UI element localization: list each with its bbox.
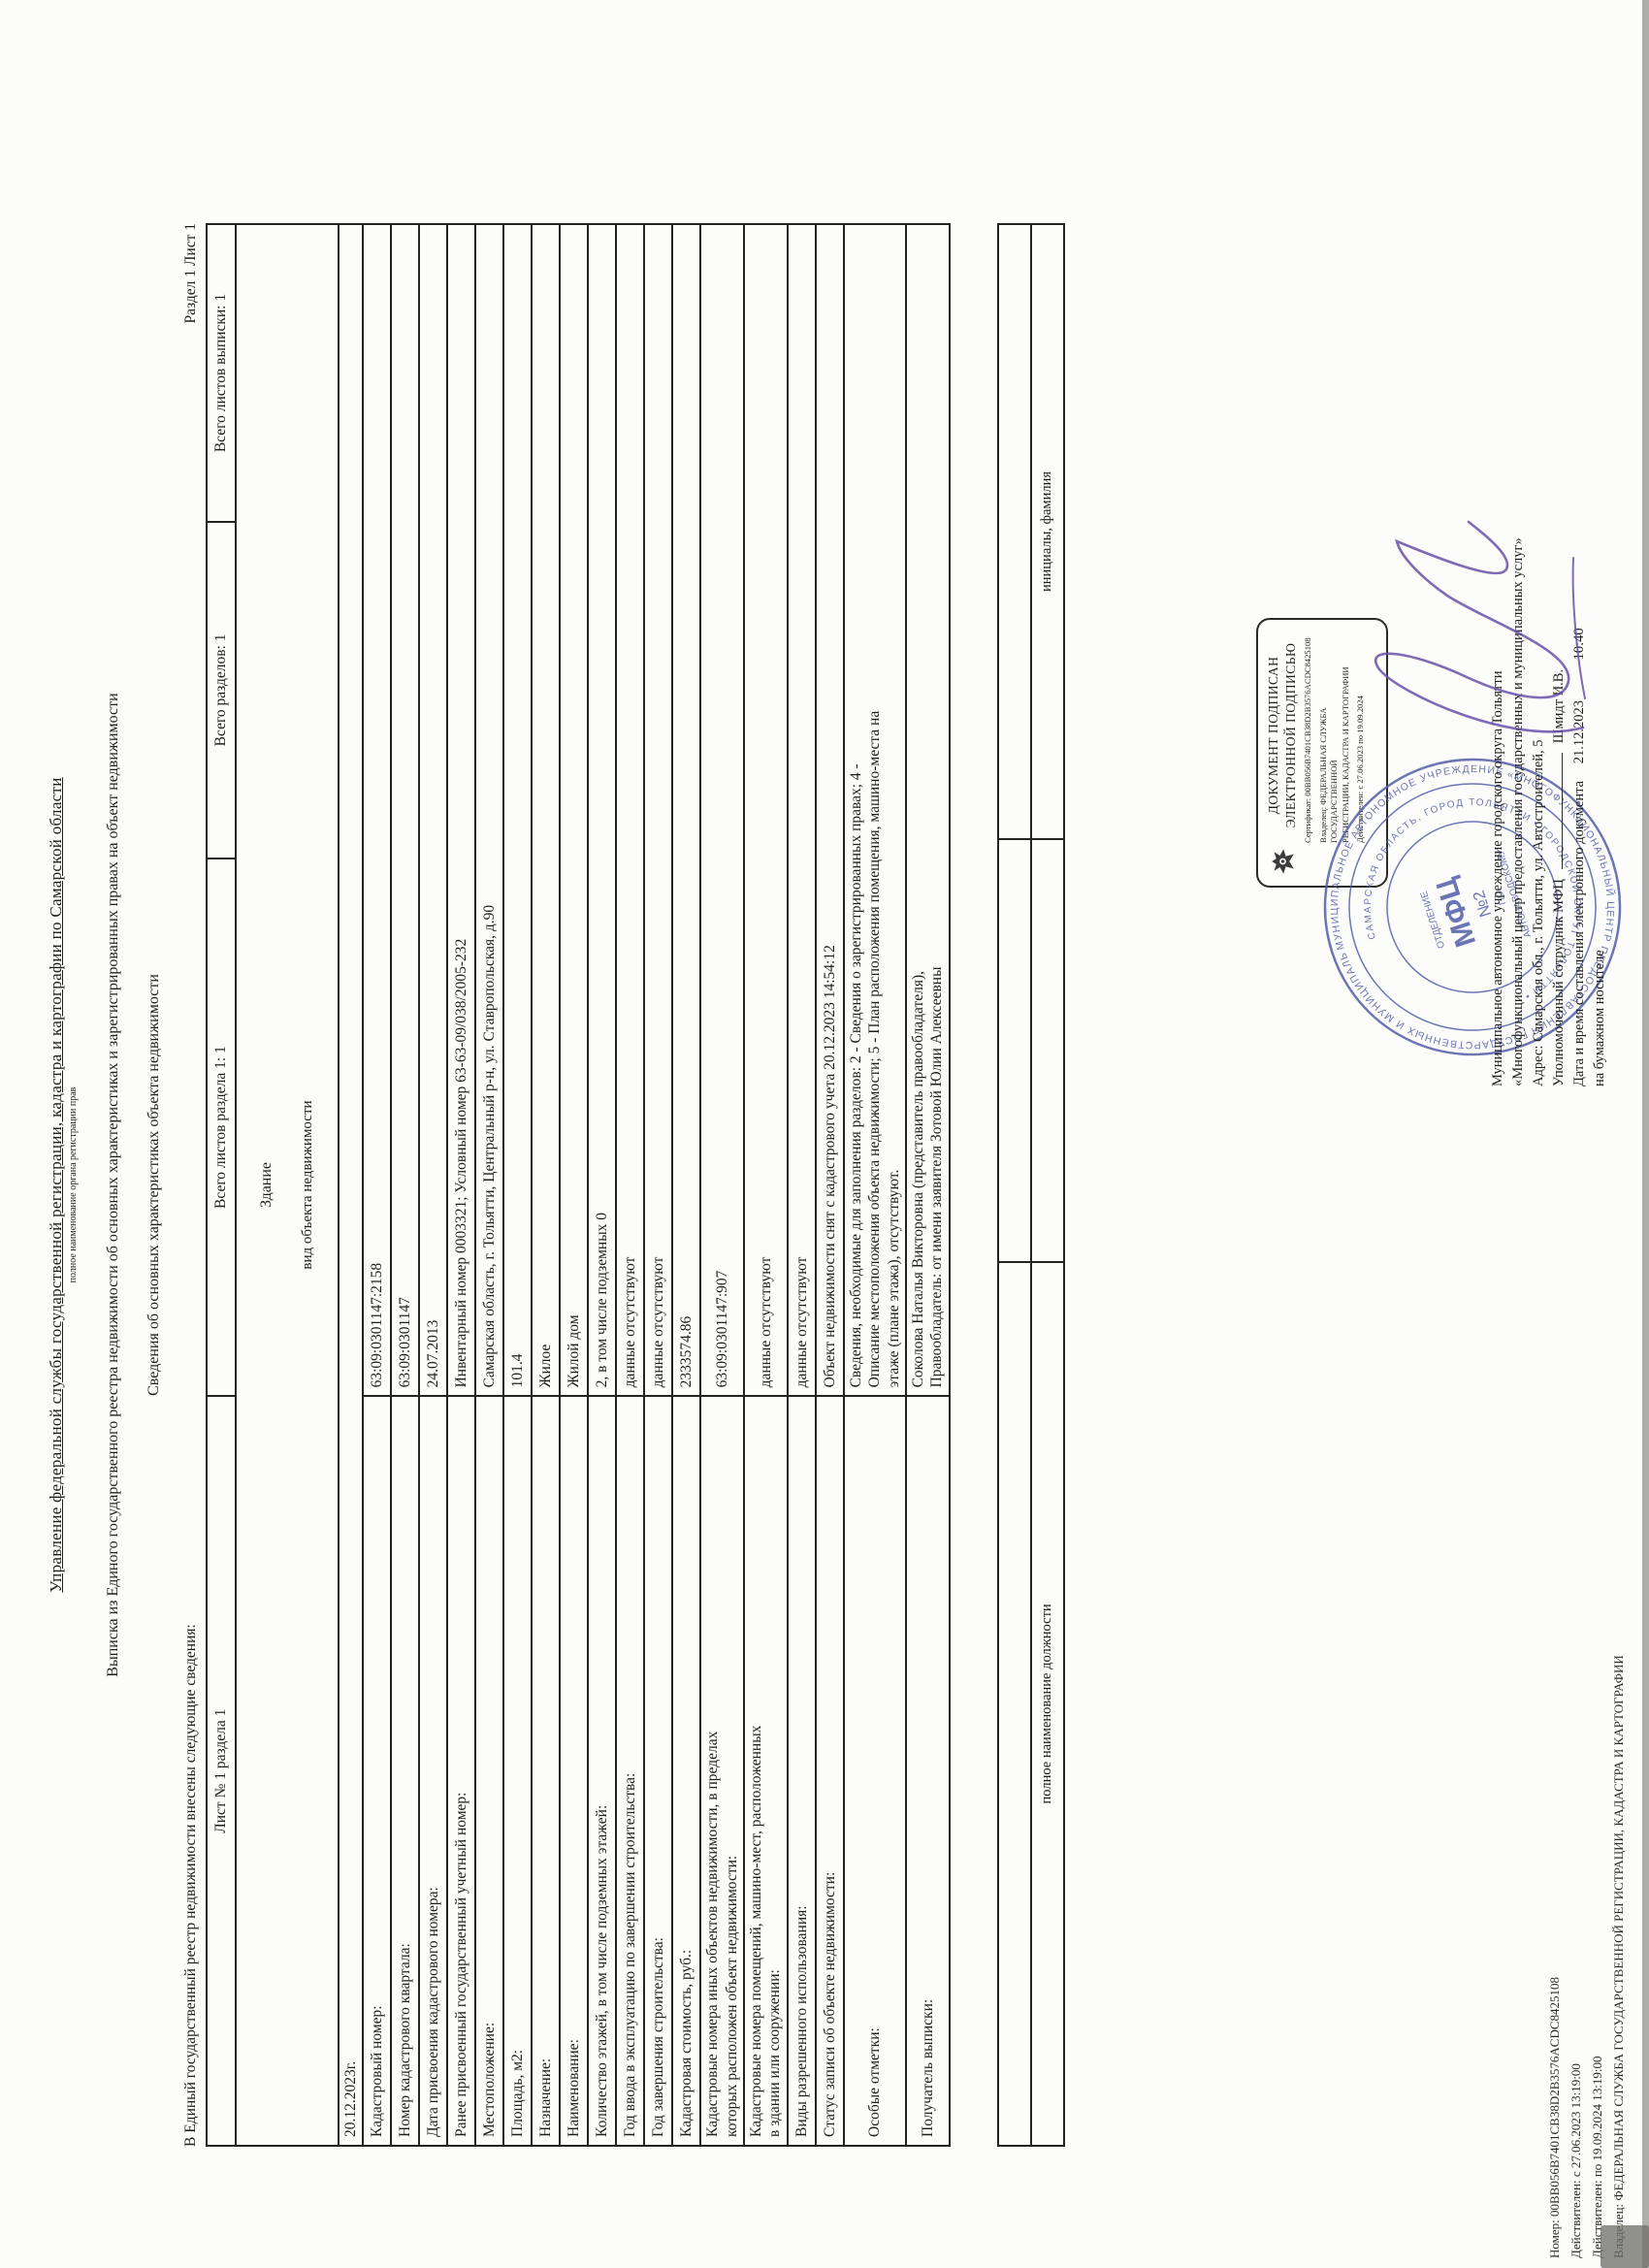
table-row: Ранее присвоенный государственный учетны… — [447, 224, 475, 2146]
certificate-valid-from: Действителен: с 27.06.2023 13:19:00 — [1566, 1655, 1587, 2258]
row-value: 63:09:0301147:2158 — [363, 224, 391, 1396]
object-type: Здание — [257, 233, 276, 2137]
row-label: Площадь, м2: — [503, 1396, 532, 2146]
row-value: Жилой дом — [560, 224, 588, 1396]
table-row: Год завершения строительства:данные отсу… — [644, 224, 672, 2146]
table-row: Площадь, м2:101.4 — [503, 224, 532, 2146]
row-label: Кадастровая стоимость, руб.: — [672, 1396, 700, 2146]
row-label: Номер кадастрового квартала: — [391, 1396, 419, 2146]
table-row: Получатель выписки:Соколова Наталья Викт… — [906, 224, 950, 2146]
row-value: 63:09:0301147 — [391, 224, 419, 1396]
intro-row: В Единый государственный реестр недвижим… — [182, 223, 200, 2147]
row-label: Год завершения строительства: — [644, 1396, 672, 2146]
row-value: данные отсутствуют — [616, 224, 644, 1396]
table-row: Кадастровые номера помещений, машино-мес… — [744, 224, 788, 2146]
row-value: Жилое — [532, 224, 560, 1396]
row-value: данные отсутствуют — [788, 224, 816, 1396]
signature-cell — [998, 839, 1031, 1262]
table-row: Количество этажей, в том числе подземных… — [588, 224, 616, 2146]
row-value: Объект недвижимости снят с кадастрового … — [816, 224, 844, 1396]
signature-labels-row: полное наименование должности инициалы, … — [1031, 224, 1064, 2146]
row-label: Кадастровые номера помещений, машино-мес… — [744, 1396, 788, 2146]
row-label: Дата присвоения кадастрового номера: — [419, 1396, 447, 2146]
row-label: Особые отметки: — [844, 1396, 906, 2146]
row-value: Инвентарный номер 0003321; Условный номе… — [447, 224, 475, 1396]
datetime-label: Дата и время составления электронного до… — [1571, 781, 1587, 1086]
certificate-owner: Владелец: ФЕДЕРАЛЬНАЯ СЛУЖБА ГОСУДАРСТВЕ… — [1608, 1655, 1630, 2258]
table-row: Кадастровый номер:63:09:0301147:2158 — [363, 224, 391, 2146]
total-sections-cell: Всего разделов: 1 — [207, 522, 236, 859]
esign-certificate: Сертификат: 00BB056B7401CB38D2B3576ACDC8… — [1303, 628, 1314, 843]
row-value: 63:09:0301147:907 — [700, 224, 744, 1396]
row-value: 101.4 — [503, 224, 532, 1396]
document-content: Управление федеральной службы государств… — [47, 223, 1065, 2147]
object-type-note: вид объекта недвижимости — [299, 233, 317, 2137]
row-value: Сведения, необходимые для заполнения раз… — [844, 224, 906, 1396]
row-value: 24.07.2013 — [419, 224, 447, 1396]
extract-date-row: 20.12.2023г. — [339, 224, 363, 2146]
table-rows-body: Кадастровый номер:63:09:0301147:2158Номе… — [363, 224, 949, 2146]
authority-name-note: полное наименование органа регистрации п… — [68, 223, 79, 2147]
name-signature-cell — [998, 224, 1031, 839]
esign-line1: ДОКУМЕНТ ПОДПИСАН — [1266, 628, 1281, 843]
row-label: Кадастровые номера иных объектов недвижи… — [700, 1396, 744, 2146]
row-label: Виды разрешенного использования: — [788, 1396, 816, 2146]
intro-text: В Единый государственный реестр недвижим… — [182, 1624, 200, 2147]
table-row: Виды разрешенного использования:данные о… — [788, 224, 816, 2146]
row-value: данные отсутствуют — [644, 224, 672, 1396]
table-row: Номер кадастрового квартала:63:09:030114… — [391, 224, 419, 2146]
document-subtitle: Сведения об основных характеристиках объ… — [145, 223, 163, 2147]
certificate-valid-to: Действителен: по 19.09.2024 13:19:00 — [1587, 1655, 1608, 2258]
signature-space-cell — [1031, 839, 1064, 1262]
table-row: Назначение:Жилое — [532, 224, 560, 2146]
officer-label: Уполномоченный сотрудник МФЦ — [1551, 879, 1567, 1086]
scanned-page: Управление федеральной службы государств… — [0, 0, 1649, 2268]
row-value: данные отсутствуют — [744, 224, 788, 1396]
row-label: Местоположение: — [475, 1396, 503, 2146]
position-label-cell: полное наименование должности — [1031, 1262, 1064, 2146]
certificate-number: Номер: 00BB056B7401CB38D2B3576ACDC842510… — [1544, 1655, 1566, 2258]
table-row: Кадастровые номера иных объектов недвижи… — [700, 224, 744, 2146]
row-label: Ранее присвоенный государственный учетны… — [447, 1396, 475, 2146]
table-row: Кадастровая стоимость, руб.:2333574.86 — [672, 224, 700, 2146]
document-title: Выписка из Единого государственного реес… — [105, 223, 122, 2147]
table-row: Особые отметки:Сведения, необходимые для… — [844, 224, 906, 2146]
total-extract-sheets-cell: Всего листов выписки: 1 — [207, 224, 236, 522]
total-sheets-cell: Всего листов раздела 1: 1 — [207, 859, 236, 1397]
table-row: Год ввода в эксплуатацию по завершении с… — [616, 224, 644, 2146]
sheet-cell: Лист № 1 раздела 1 — [207, 1396, 236, 2146]
row-value: Самарская область, г. Тольятти, Централь… — [475, 224, 503, 1396]
registration-authority-name: Управление федеральной службы государств… — [47, 223, 66, 2147]
certificate-info-block: Номер: 00BB056B7401CB38D2B3576ACDC842510… — [1544, 1655, 1630, 2258]
row-label: Наименование: — [560, 1396, 588, 2146]
extract-date-cell: 20.12.2023г. — [339, 224, 363, 2146]
object-type-cell: Здание вид объекта недвижимости — [236, 224, 339, 2146]
table-row: Дата присвоения кадастрового номера:24.0… — [419, 224, 447, 2146]
scan-edge-shadow — [1642, 0, 1649, 2268]
row-label: Год ввода в эксплуатацию по завершении с… — [616, 1396, 644, 2146]
position-signature-cell — [998, 1262, 1031, 2146]
esign-line2: ЭЛЕКТРОННОЙ ПОДПИСЬЮ — [1283, 628, 1299, 843]
name-label-cell: инициалы, фамилия — [1031, 224, 1064, 839]
scan-corner-artifact — [1600, 2225, 1649, 2268]
table-header-row: Лист № 1 раздела 1 Всего листов раздела … — [207, 224, 236, 2146]
handwritten-signature — [1341, 495, 1622, 786]
rotated-document: Управление федеральной службы государств… — [0, 0, 1649, 2268]
property-table: Лист № 1 раздела 1 Всего листов раздела … — [206, 223, 951, 2147]
row-label: Кадастровый номер: — [363, 1396, 391, 2146]
row-value: 2, в том числе подземных 0 — [588, 224, 616, 1396]
section-sheet-label: Раздел 1 Лист 1 — [182, 223, 200, 323]
row-value: Соколова Наталья Викторовна (представите… — [906, 224, 950, 1396]
table-row: Местоположение:Самарская область, г. Тол… — [475, 224, 503, 2146]
table-row: Статус записи об объекте недвижимости:Об… — [816, 224, 844, 2146]
signature-strip-table: полное наименование должности инициалы, … — [997, 223, 1065, 2147]
row-label: Статус записи об объекте недвижимости: — [816, 1396, 844, 2146]
signature-blank-row — [998, 224, 1031, 2146]
row-label: Назначение: — [532, 1396, 560, 2146]
object-type-row: Здание вид объекта недвижимости — [236, 224, 339, 2146]
table-row: Наименование:Жилой дом — [560, 224, 588, 2146]
row-label: Количество этажей, в том числе подземных… — [588, 1396, 616, 2146]
row-label: Получатель выписки: — [906, 1396, 950, 2146]
row-value: 2333574.86 — [672, 224, 700, 1396]
